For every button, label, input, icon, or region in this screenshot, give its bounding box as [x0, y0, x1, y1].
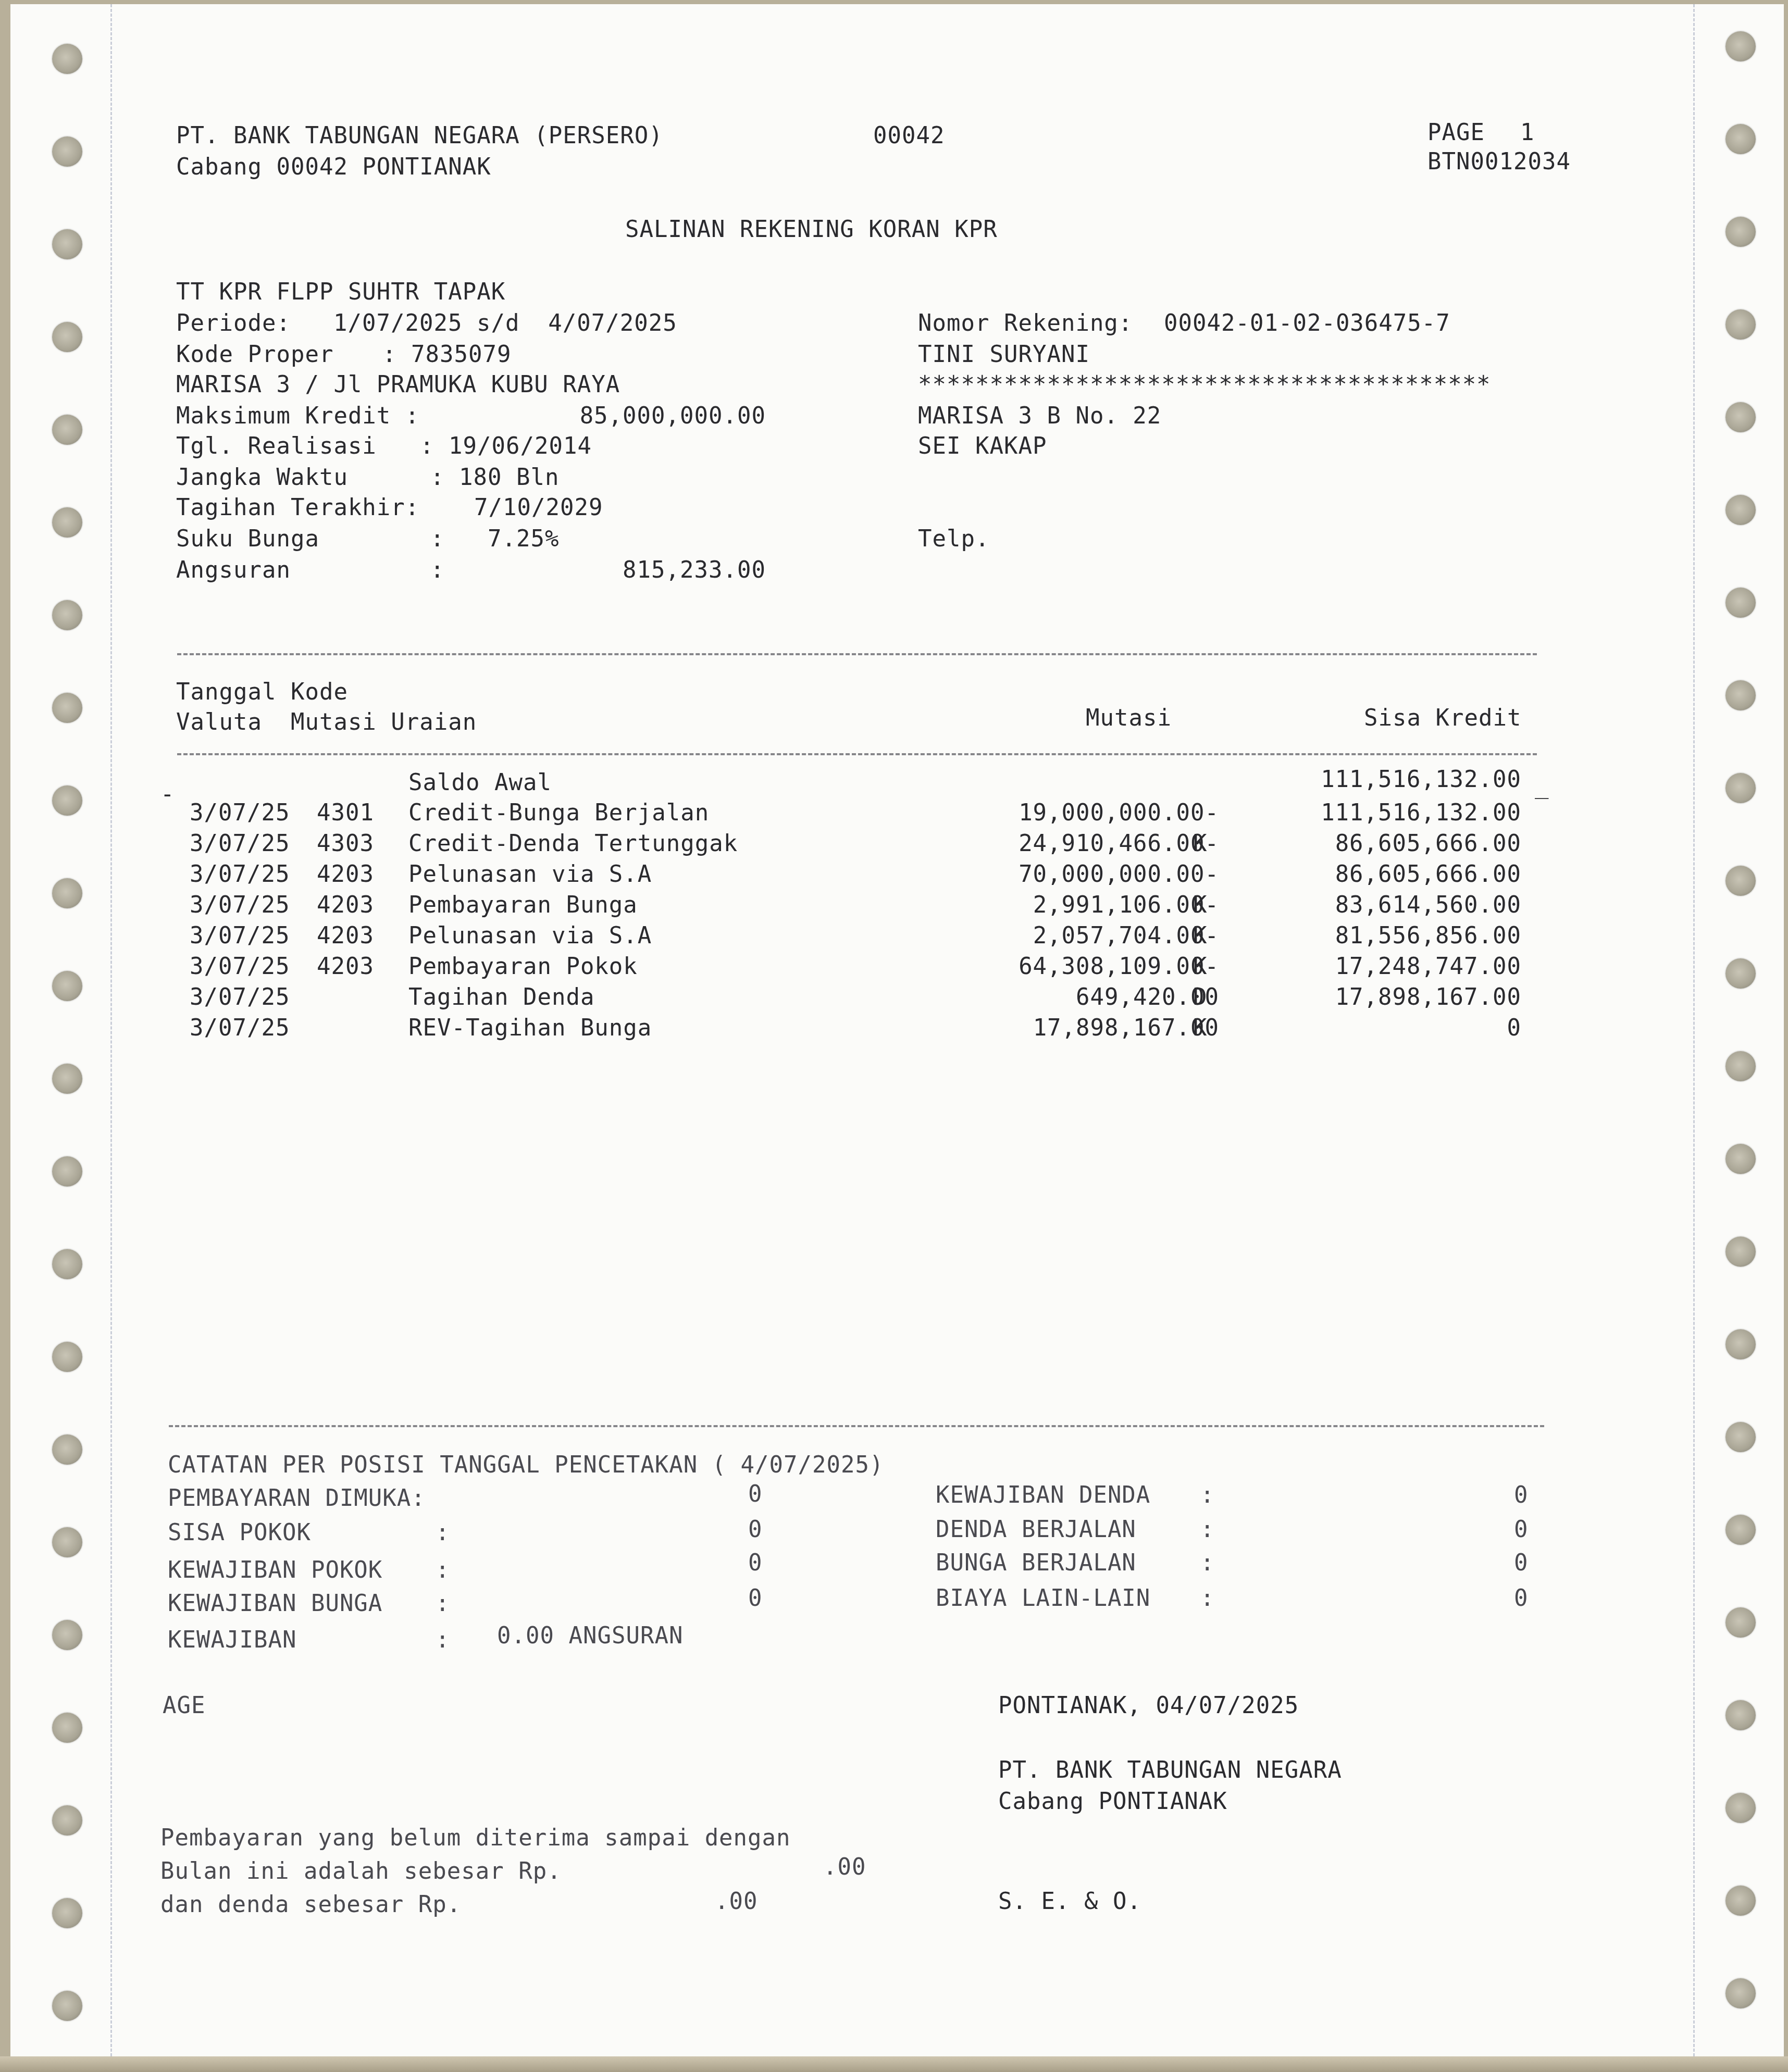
summary-left-label-3: KEWAJIBAN BUNGA: [168, 1589, 382, 1619]
tractor-feed-hole: [1725, 1793, 1756, 1823]
cell-sisa-kredit: 0: [1240, 1013, 1521, 1043]
tractor-feed-hole: [1725, 309, 1756, 340]
periode-label: Periode:: [176, 308, 291, 339]
cell-tanggal: 3/07/25: [190, 1013, 290, 1043]
summary-rule: [169, 1425, 1544, 1427]
tgl-realisasi-label: Tgl. Realisasi: [176, 431, 377, 461]
tractor-feed-hole: [1725, 31, 1756, 61]
summary-left-value-1: 0: [748, 1515, 763, 1545]
cell-flag: K: [1193, 921, 1208, 951]
table-row: 3/07/25 4203 Pelunasan via S.A 2,057,704…: [0, 921, 1788, 951]
cell-kode: 4203: [317, 952, 374, 982]
cell-uraian: Pelunasan via S.A: [408, 921, 652, 951]
tractor-feed-hole: [52, 693, 82, 723]
summary-right-label-3: BIAYA LAIN-LAIN: [936, 1583, 1150, 1614]
bank-name: PT. BANK TABUNGAN NEGARA (PERSERO): [176, 121, 663, 151]
cell-tanggal: 3/07/25: [190, 798, 290, 828]
tractor-feed-hole: [52, 44, 82, 74]
customer-address-2: SEI KAKAP: [918, 431, 1047, 461]
place-date: PONTIANAK, 04/07/2025: [998, 1691, 1299, 1721]
cell-mutasi: 649,420.00: [886, 982, 1219, 1013]
summary-left-value-0: 0: [748, 1479, 763, 1509]
cell-flag: K: [1193, 890, 1208, 920]
summary-right-value-3: 0: [1514, 1583, 1529, 1614]
cell-tanggal: 3/07/25: [190, 890, 290, 920]
masked-field: ****************************************: [918, 370, 1491, 400]
tractor-feed-hole: [1725, 1607, 1756, 1638]
periode-value: 1/07/2025 s/d 4/07/2025: [333, 308, 677, 339]
opening-balance-label: Saldo Awal: [408, 768, 552, 798]
table-row: 3/07/25 4203 Pembayaran Pokok 64,308,109…: [0, 952, 1788, 982]
note-line-2-value: .00: [823, 1852, 866, 1882]
cell-uraian: Pembayaran Bunga: [408, 890, 638, 920]
cell-sisa-kredit: 17,248,747.00: [1240, 952, 1521, 982]
tagihan-terakhir-label: Tagihan Terakhir:: [176, 493, 419, 523]
summary-right-label-2: BUNGA BERJALAN: [936, 1548, 1136, 1578]
cell-mutasi: 24,910,466.00-: [886, 829, 1219, 859]
tractor-feed-hole: [1725, 124, 1756, 154]
tractor-feed-hole: [52, 1898, 82, 1928]
tractor-feed-hole: [52, 1249, 82, 1279]
cell-kode: 4301: [317, 798, 374, 828]
kewajiban-label: KEWAJIBAN: [168, 1625, 296, 1655]
tractor-feed-hole: [1725, 1700, 1756, 1730]
project-address: MARISA 3 / Jl PRAMUKA KUBU RAYA: [176, 370, 620, 400]
note-line-2-label: Bulan ini adalah sebesar Rp.: [160, 1856, 562, 1887]
angsuran-colon: :: [430, 555, 445, 585]
maksimum-kredit-label: Maksimum Kredit :: [176, 401, 419, 431]
cell-tanggal: 3/07/25: [190, 952, 290, 982]
summary-right-value-2: 0: [1514, 1548, 1529, 1578]
summary-right-colon-2: :: [1200, 1548, 1215, 1578]
tractor-feed-hole: [52, 1805, 82, 1836]
summary-right-label-1: DENDA BERJALAN: [936, 1515, 1136, 1545]
cell-flag: K: [1193, 829, 1208, 859]
tractor-feed-hole: [1725, 680, 1756, 710]
branch-code: 00042: [873, 121, 945, 151]
tractor-feed-hole: [1725, 1515, 1756, 1545]
kewajiban-value: 0.00 ANGSURAN: [497, 1621, 683, 1651]
table-row: 3/07/25 REV-Tagihan Bunga 17,898,167.00 …: [0, 1013, 1788, 1043]
tractor-feed-hole: [1725, 1978, 1756, 2008]
cell-tanggal: 3/07/25: [190, 921, 290, 951]
tractor-feed-hole: [1725, 217, 1756, 247]
cell-uraian: Tagihan Denda: [408, 982, 594, 1013]
page-label: PAGE: [1427, 118, 1485, 148]
cell-sisa-kredit: 83,614,560.00: [1240, 890, 1521, 920]
customer-name: TINI SURYANI: [918, 340, 1090, 370]
tractor-feed-hole: [52, 1342, 82, 1372]
cell-kode: 4203: [317, 859, 374, 890]
tractor-feed-hole: [1725, 402, 1756, 432]
summary-right-value-1: 0: [1514, 1515, 1529, 1545]
table-top-rule: [177, 653, 1537, 655]
cell-tanggal: 3/07/25: [190, 982, 290, 1013]
customer-address-1: MARISA 3 B No. 22: [918, 401, 1161, 431]
kode-proper-label: Kode Proper: [176, 340, 333, 370]
tractor-feed-hole: [52, 600, 82, 630]
summary-title: CATATAN PER POSISI TANGGAL PENCETAKAN ( …: [168, 1450, 884, 1480]
cell-kode: 4203: [317, 921, 374, 951]
summary-left-value-3: 0: [748, 1583, 763, 1614]
tractor-feed-hole: [1725, 1329, 1756, 1359]
summary-left-label-1: SISA POKOK: [168, 1518, 311, 1548]
tractor-feed-hole: [52, 322, 82, 352]
tractor-feed-hole: [52, 1620, 82, 1650]
cell-mutasi: 2,057,704.00-: [886, 921, 1219, 951]
table-row: 3/07/25 Tagihan Denda 649,420.00 D 17,89…: [0, 982, 1788, 1013]
jangka-waktu-label: Jangka Waktu: [176, 463, 348, 493]
summary-left-label-0: PEMBAYARAN DIMUKA:: [168, 1483, 426, 1514]
suku-bunga-value: 7.25%: [488, 524, 559, 554]
cell-sisa-kredit: 17,898,167.00: [1240, 982, 1521, 1013]
tagihan-terakhir-value: 7/10/2029: [474, 493, 603, 523]
cell-tanggal: 3/07/25: [190, 859, 290, 890]
summary-left-colon-2: :: [436, 1555, 450, 1586]
cell-sisa-kredit: 81,556,856.00: [1240, 921, 1521, 951]
tractor-feed-hole: [52, 507, 82, 538]
column-header-sisa-kredit: Sisa Kredit: [1364, 703, 1521, 733]
cell-uraian: REV-Tagihan Bunga: [408, 1013, 652, 1043]
nomor-rekening-value: 00042-01-02-036475-7: [1164, 308, 1450, 339]
tractor-feed-hole: [1725, 1051, 1756, 1081]
summary-right-colon-3: :: [1200, 1583, 1215, 1614]
tractor-feed-hole: [52, 229, 82, 259]
margin-dash-right: _: [1535, 771, 1549, 801]
summary-left-colon-3: :: [436, 1589, 450, 1619]
tractor-feed-hole: [1725, 588, 1756, 618]
tractor-feed-hole: [1725, 1144, 1756, 1174]
jangka-waktu-value: : 180 Bln: [430, 463, 559, 493]
angsuran-label: Angsuran: [176, 555, 291, 585]
table-header-rule: [177, 753, 1537, 755]
cell-mutasi: 64,308,109.00-: [886, 952, 1219, 982]
column-header-mutasi: Mutasi: [1086, 703, 1172, 733]
tractor-feed-hole: [52, 415, 82, 445]
suku-bunga-label: Suku Bunga: [176, 524, 319, 554]
opening-balance-value: 111,516,132.00: [1240, 765, 1521, 795]
table-header-line1: Tanggal Kode: [176, 677, 348, 707]
cell-mutasi: 19,000,000.00-: [886, 798, 1219, 828]
paper-bottom-edge: [0, 2056, 1788, 2072]
product-name: TT KPR FLPP SUHTR TAPAK: [176, 277, 505, 307]
table-row: 3/07/25 4303 Credit-Denda Tertunggak 24,…: [0, 829, 1788, 859]
cell-uraian: Credit-Bunga Berjalan: [408, 798, 709, 828]
cell-mutasi: 70,000,000.00-: [886, 859, 1219, 890]
note-line-3-label: dan denda sebesar Rp.: [160, 1890, 461, 1920]
summary-right-label-0: KEWAJIBAN DENDA: [936, 1480, 1150, 1511]
cell-mutasi: 17,898,167.00: [886, 1013, 1219, 1043]
disclaimer: S. E. & O.: [998, 1887, 1141, 1917]
table-row: 3/07/25 4301 Credit-Bunga Berjalan 19,00…: [0, 798, 1788, 828]
cell-sisa-kredit: 111,516,132.00: [1240, 798, 1521, 828]
suku-bunga-colon: :: [430, 524, 445, 554]
tractor-feed-hole: [52, 1991, 82, 2021]
tractor-feed-hole: [1725, 1886, 1756, 1916]
tractor-feed-hole: [1725, 495, 1756, 525]
tractor-feed-hole: [52, 1156, 82, 1187]
telp-label: Telp.: [918, 524, 989, 554]
cell-flag: D: [1193, 982, 1208, 1013]
summary-right-colon-0: :: [1200, 1480, 1215, 1511]
cell-kode: 4203: [317, 890, 374, 920]
note-line-3-value: .00: [715, 1887, 758, 1917]
tractor-feed-hole: [52, 1527, 82, 1557]
cell-sisa-kredit: 86,605,666.00: [1240, 859, 1521, 890]
branch-line: Cabang 00042 PONTIANAK: [176, 152, 491, 182]
summary-left-value-2: 0: [748, 1548, 763, 1578]
tractor-feed-hole: [1725, 1237, 1756, 1267]
summary-left-colon-1: :: [436, 1518, 450, 1548]
summary-right-colon-1: :: [1200, 1515, 1215, 1545]
cell-mutasi: 2,991,106.00-: [886, 890, 1219, 920]
operator-code: AGE: [163, 1691, 205, 1721]
tractor-feed-hole: [52, 1064, 82, 1094]
cell-sisa-kredit: 86,605,666.00: [1240, 829, 1521, 859]
tgl-realisasi-value: : 19/06/2014: [420, 431, 592, 461]
tractor-feed-hole: [52, 136, 82, 167]
cell-uraian: Pelunasan via S.A: [408, 859, 652, 890]
cell-tanggal: 3/07/25: [190, 829, 290, 859]
report-code: BTN0012034: [1427, 147, 1571, 177]
kode-proper-value: : 7835079: [382, 340, 511, 370]
kewajiban-colon: :: [436, 1625, 450, 1655]
cell-kode: 4303: [317, 829, 374, 859]
summary-right-value-0: 0: [1514, 1480, 1529, 1511]
document-title: SALINAN REKENING KORAN KPR: [625, 215, 998, 245]
tractor-feed-hole: [1725, 1422, 1756, 1452]
footer-branch: Cabang PONTIANAK: [998, 1787, 1227, 1817]
angsuran-value: 815,233.00: [521, 555, 766, 585]
page-number: 1: [1520, 118, 1535, 148]
table-header-line2: Valuta Mutasi Uraian: [176, 707, 477, 738]
cell-flag: K: [1193, 1013, 1208, 1043]
cell-uraian: Credit-Denda Tertunggak: [408, 829, 738, 859]
summary-left-label-2: KEWAJIBAN POKOK: [168, 1555, 382, 1586]
maksimum-kredit-value: 85,000,000.00: [521, 401, 766, 431]
tractor-feed-hole: [52, 1713, 82, 1743]
cell-flag: K: [1193, 952, 1208, 982]
table-row: 3/07/25 4203 Pelunasan via S.A 70,000,00…: [0, 859, 1788, 890]
footer-bank-name: PT. BANK TABUNGAN NEGARA: [998, 1755, 1342, 1786]
note-line-1: Pembayaran yang belum diterima sampai de…: [160, 1823, 791, 1853]
cell-uraian: Pembayaran Pokok: [408, 952, 638, 982]
tractor-feed-hole: [52, 1434, 82, 1465]
nomor-rekening-label: Nomor Rekening:: [918, 308, 1133, 339]
table-row: 3/07/25 4203 Pembayaran Bunga 2,991,106.…: [0, 890, 1788, 920]
